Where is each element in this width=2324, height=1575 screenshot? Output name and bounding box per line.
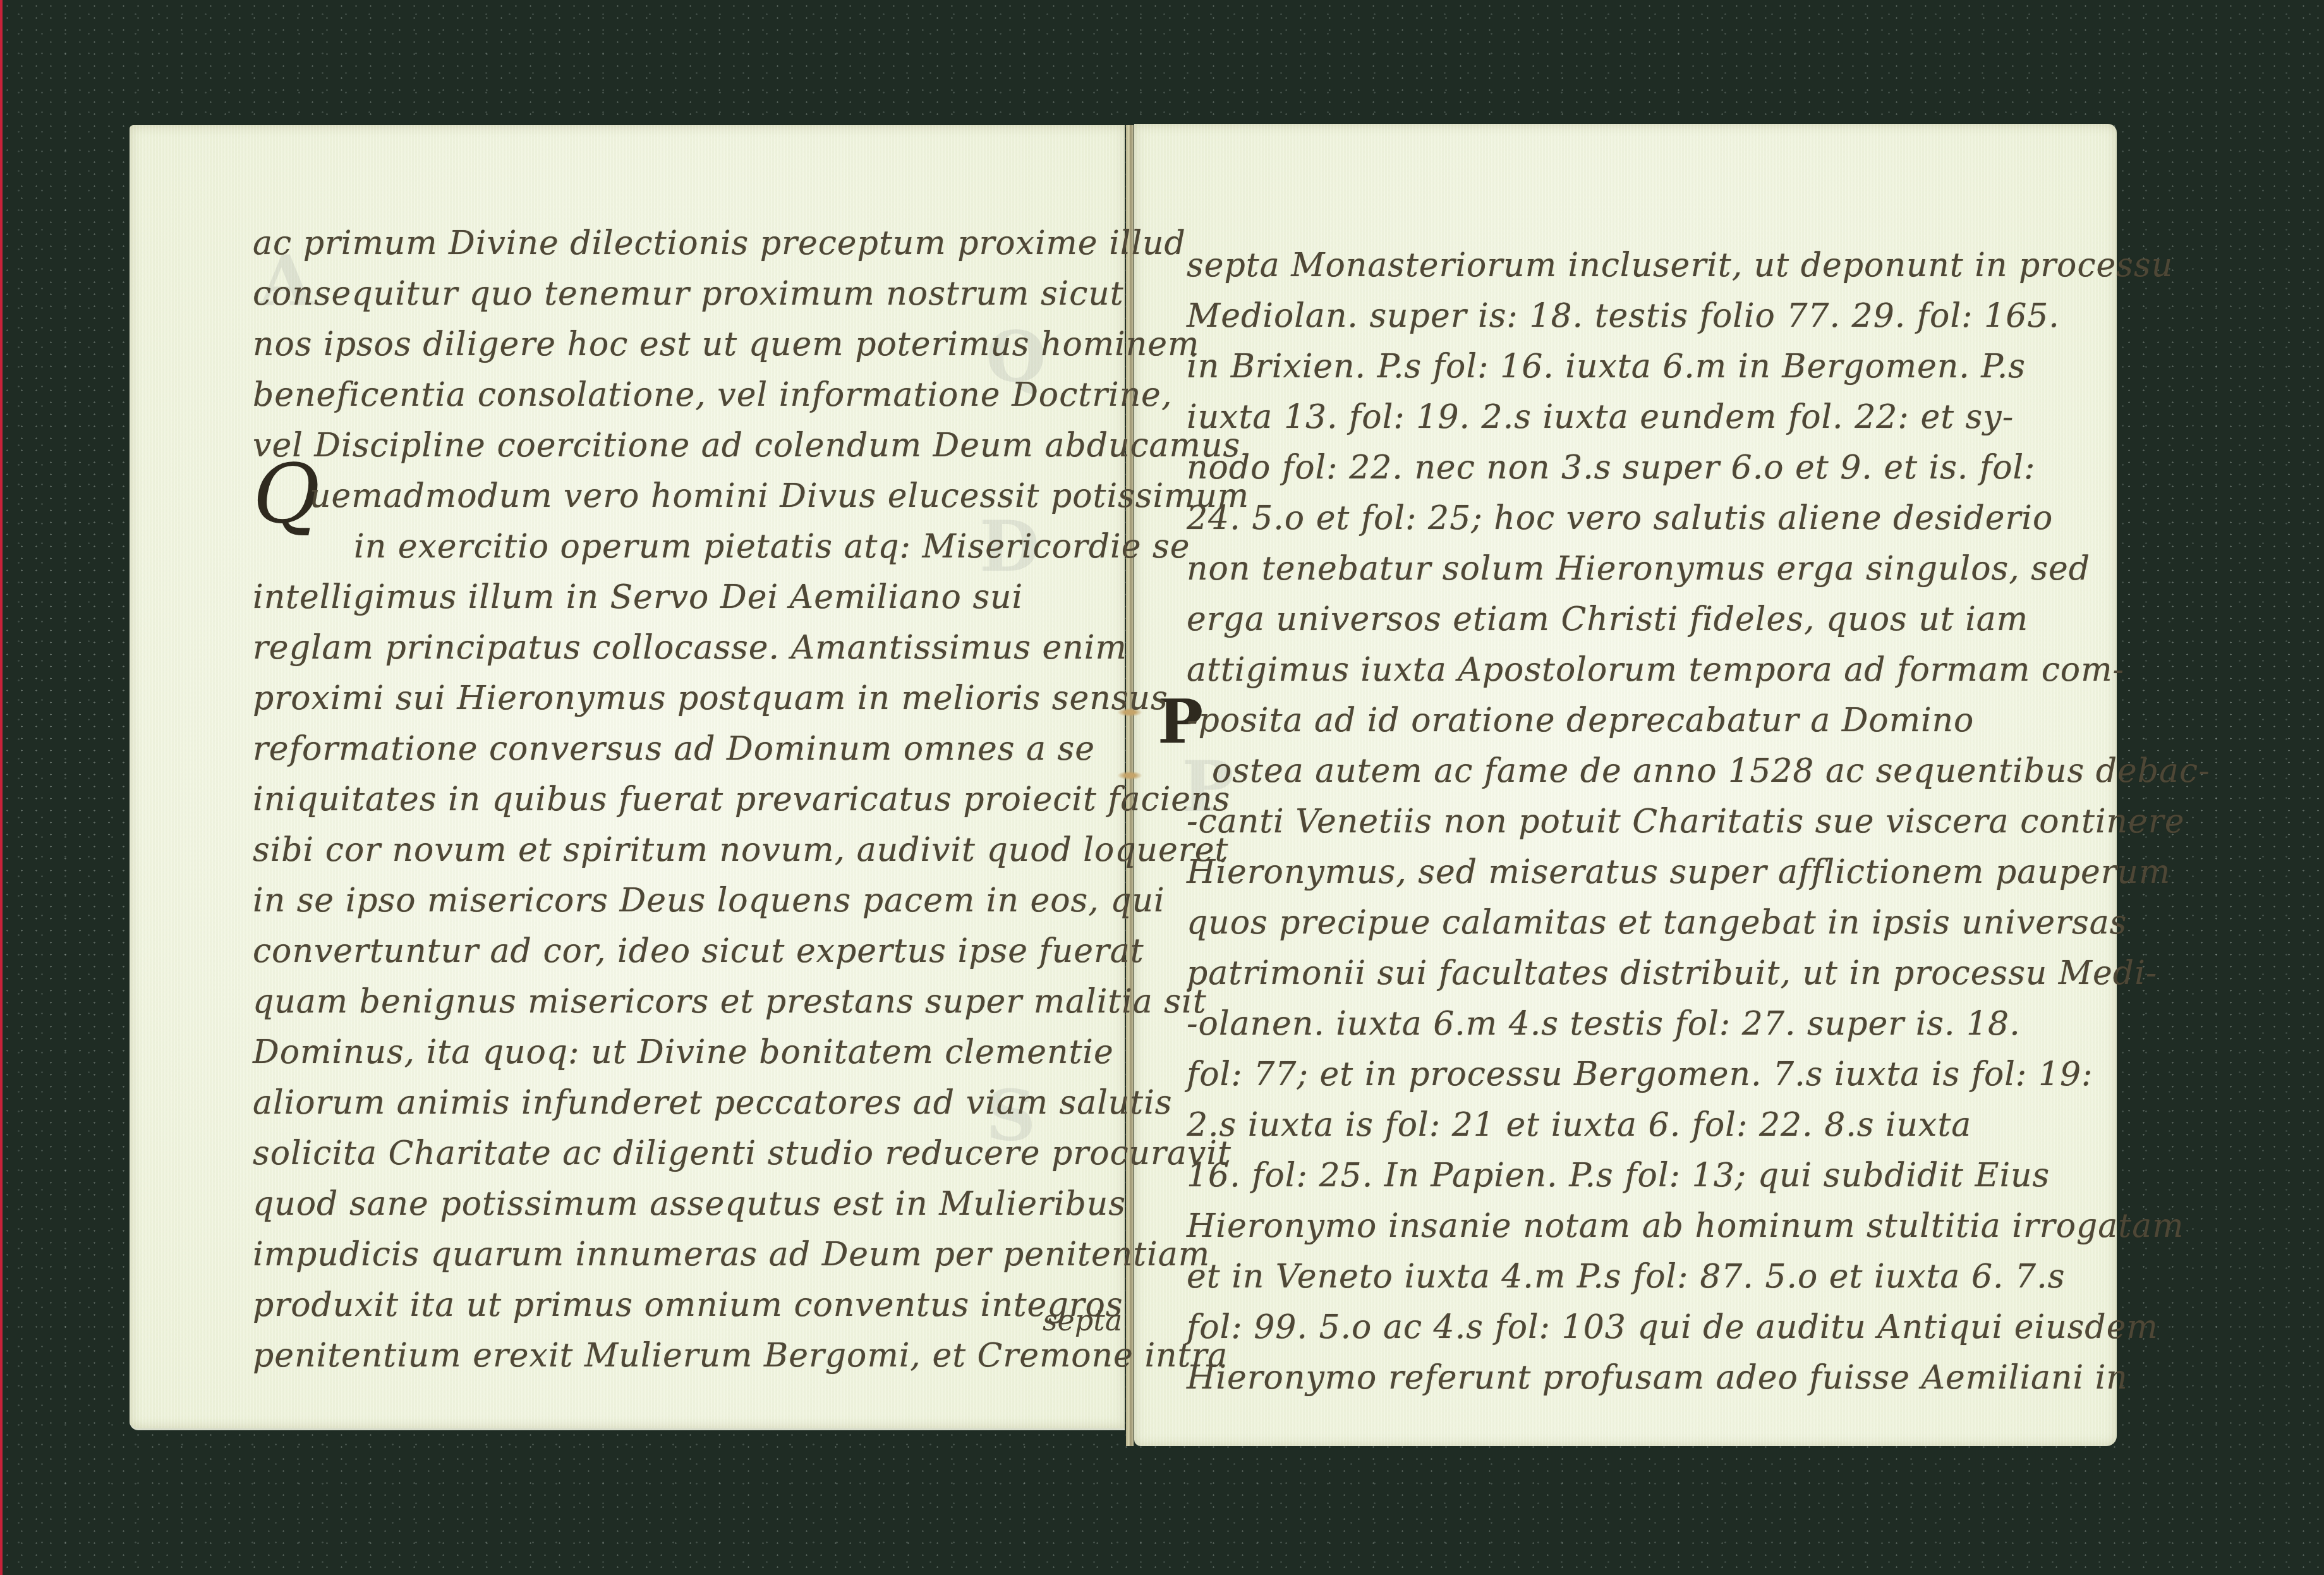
text-line: sibi cor novum et spiritum novum, audivi…: [253, 825, 1249, 875]
text-line: -posita ad id oratione deprecabatur a Do…: [1187, 695, 2210, 746]
text-line: -canti Venetiis non potuit Charitatis su…: [1187, 796, 2210, 847]
text-line: vel Discipline coercitione ad colendum D…: [253, 420, 1249, 471]
text-line: -olanen. iuxta 6.m 4.s testis fol: 27. s…: [1187, 999, 2210, 1049]
text-line: Hieronymo referunt profusam adeo fuisse …: [1187, 1353, 2210, 1403]
text-line: in se ipso misericors Deus loquens pacem…: [253, 875, 1249, 926]
text-line: nos ipsos diligere hoc est ut quem poter…: [253, 319, 1249, 370]
text-line: reformatione conversus ad Dominum omnes …: [253, 724, 1249, 774]
text-line: Hieronymus, sed miseratus super afflicti…: [1187, 847, 2210, 897]
text-line: reglam principatus collocasse. Amantissi…: [253, 623, 1249, 673]
text-line: quos precipue calamitas et tangebat in i…: [1187, 897, 2210, 948]
text-line: ac primum Divine dilectionis preceptum p…: [253, 218, 1249, 269]
text-line: 16. fol: 25. In Papien. P.s fol: 13; qui…: [1187, 1150, 2210, 1201]
text-line: 2.s iuxta is fol: 21 et iuxta 6. fol: 22…: [1187, 1100, 2210, 1150]
left-page-text: ac primum Divine dilectionis preceptum p…: [253, 218, 1249, 1381]
text-line: et in Veneto iuxta 4.m P.s fol: 87. 5.o …: [1187, 1251, 2210, 1302]
right-page-text: septa Monasteriorum incluserit, ut depon…: [1187, 240, 2210, 1403]
text-line: in Brixien. P.s fol: 16. iuxta 6.m in Be…: [1187, 341, 2210, 392]
text-line: convertuntur ad cor, ideo sicut expertus…: [253, 926, 1249, 976]
text-line: Hieronymo insanie notam ab hominum stult…: [1187, 1201, 2210, 1251]
text-line: septa Monasteriorum incluserit, ut depon…: [1187, 240, 2210, 291]
text-line: iniquitates in quibus fuerat prevaricatu…: [253, 774, 1249, 825]
text-line: non tenebatur solum Hieronymus erga sing…: [1187, 544, 2210, 594]
text-line: solicita Charitate ac diligenti studio r…: [253, 1128, 1249, 1179]
text-line: uemadmodum vero homini Divus elucessit p…: [253, 471, 1249, 521]
text-line: attigimus iuxta Apostolorum tempora ad f…: [1187, 645, 2210, 695]
text-line: aliorum animis infunderet peccatores ad …: [253, 1078, 1249, 1128]
text-line: iuxta 13. fol: 19. 2.s iuxta eundem fol.…: [1187, 392, 2210, 442]
text-line: nodo fol: 22. nec non 3.s super 6.o et 9…: [1187, 442, 2210, 493]
edge-strip: [0, 0, 3, 1575]
text-line: Mediolan. super is: 18. testis folio 77.…: [1187, 291, 2210, 341]
text-line: quam benignus misericors et prestans sup…: [253, 976, 1249, 1027]
catchword: septa: [1043, 1303, 1122, 1337]
text-line: penitentium erexit Mulierum Bergomi, et …: [253, 1330, 1249, 1381]
text-line: quod sane potissimum assequtus est in Mu…: [253, 1179, 1249, 1229]
text-line: ostea autem ac fame de anno 1528 ac sequ…: [1187, 746, 2210, 796]
text-line: fol: 77; et in processu Bergomen. 7.s iu…: [1187, 1049, 2210, 1100]
text-line: fol: 99. 5.o ac 4.s fol: 103 qui de audi…: [1187, 1302, 2210, 1353]
text-line: Dominus, ita quoq: ut Divine bonitatem c…: [253, 1027, 1249, 1078]
text-line: beneficentia consolatione, vel informati…: [253, 370, 1249, 420]
text-line: patrimonii sui facultates distribuit, ut…: [1187, 948, 2210, 999]
text-line: proximi sui Hieronymus postquam in melio…: [253, 673, 1249, 724]
text-line: impudicis quarum innumeras ad Deum per p…: [253, 1229, 1249, 1280]
text-line: intelligimus illum in Servo Dei Aemilian…: [253, 572, 1249, 623]
text-line: consequitur quo tenemur proximum nostrum…: [253, 269, 1249, 319]
text-line: in exercitio operum pietatis atq: Miseri…: [253, 521, 1249, 572]
text-line: 24. 5.o et fol: 25; hoc vero salutis ali…: [1187, 493, 2210, 544]
text-line: erga universos etiam Christi fideles, qu…: [1187, 594, 2210, 645]
